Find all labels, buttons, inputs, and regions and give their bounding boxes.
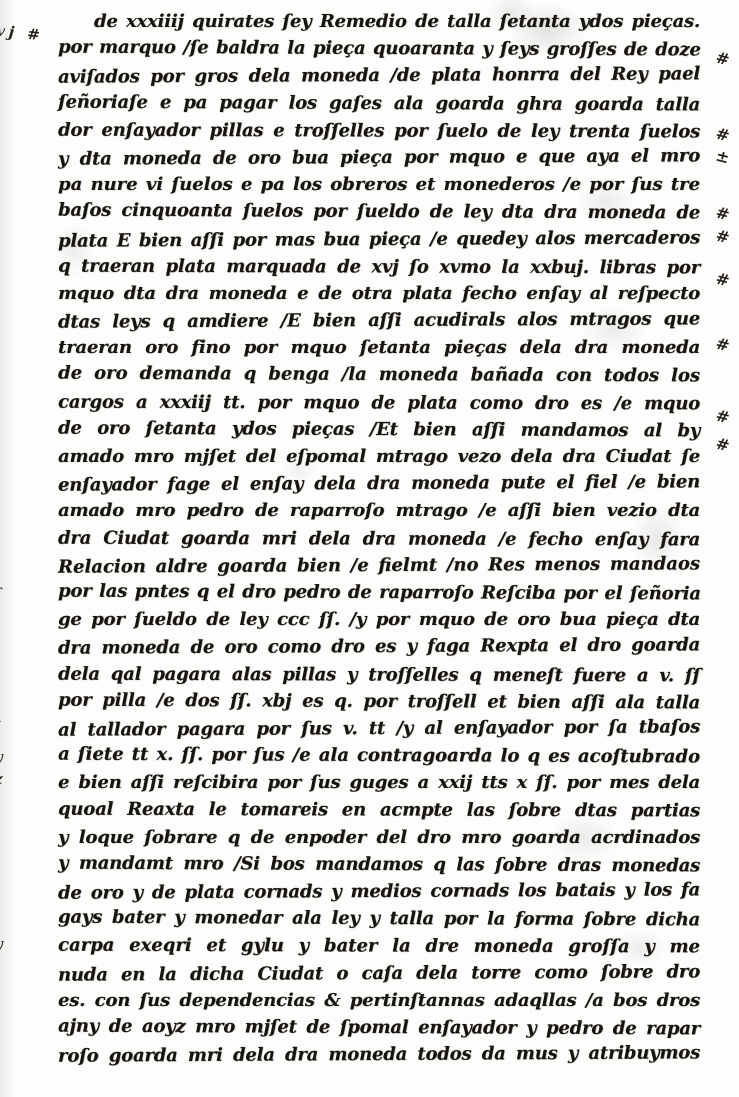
manuscript-page: vj # de xxxiiij quirates ſey Remedio de … [0, 0, 739, 1097]
text-line: dra Ciudat goarda mri dela dra moneda /e… [58, 524, 700, 553]
edge-ink-mark: z [0, 770, 3, 788]
text-line: traeran oro fino por mquo ſetanta pieças… [58, 334, 700, 361]
text-line: e bien aſſi reſcibira por ſus guges a xx… [58, 769, 700, 796]
text-line: y dta moneda de oro bua pieça por mquo e… [58, 142, 700, 173]
text-line: roſo goarda mri dela dra moneda todos da… [58, 1039, 700, 1070]
margin-hash-mark: # [713, 434, 731, 456]
text-line: por pilla /e dos ſſ. xbj es q. por troſſ… [58, 686, 700, 716]
text-line: ge por ſueldo de ley ccc ſſ. /y por mquo… [58, 606, 700, 633]
text-line: Relacion aldre goarda bien /e fielmt /no… [58, 550, 700, 581]
margin-hash-mark: # [713, 334, 731, 356]
edge-ink-mark: y [0, 935, 3, 953]
text-line: q traeran plata marquada de xvj ſo xvmo … [58, 252, 700, 281]
text-line: dtas leys q amdiere /E bien aſſi acudira… [58, 305, 700, 336]
text-line: es. con ſus dependencias & pertinſtannas… [58, 987, 700, 1014]
text-line: por marquo /ſe baldra la pieça quoaranta… [58, 34, 700, 64]
text-line: plata E bien aſſi por mas bua pieça /e q… [58, 224, 700, 255]
manuscript-text: de xxxiiij quirates ſey Remedio de talla… [58, 8, 700, 1068]
text-line: dra moneda de oro como dro es y faga Rex… [58, 632, 700, 663]
text-line: pa nure vi ſuelos e pa los obreros et mo… [58, 171, 700, 198]
text-line: y loque ſobrare q de enpoder del dro mro… [58, 824, 700, 851]
margin-hash-mark: # [713, 203, 731, 225]
edge-ink-mark: t [0, 715, 1, 733]
margin-hash-mark: # [713, 269, 731, 291]
quire-mark: vj # [0, 22, 45, 45]
text-line: dela qal pagara alas pillas y troſſelles… [58, 660, 700, 689]
text-line: de oro y de plata cornads y medios corna… [58, 876, 700, 907]
text-line: mquo dta dra moneda e de otra plata fech… [58, 280, 700, 307]
text-line: amado mro pedro de raparroſo mtrago /e a… [58, 497, 700, 524]
margin-hash-mark: ± [713, 146, 731, 168]
margin-hash-mark: # [713, 48, 731, 70]
text-line: baſos cinquoanta ſuelos por ſueldo de le… [58, 197, 700, 227]
text-line: y mandamt mro /Si bos mandamos q las ſob… [58, 849, 700, 879]
text-line: al tallador pagara por ſus v. tt /y al e… [58, 713, 700, 744]
text-line: quoal Reaxta le tomareis en acmpte las ſ… [58, 796, 700, 825]
edge-ink-mark: y [0, 748, 3, 766]
text-line: de oro ſetanta ydos pieças /Et bien aſſi… [58, 414, 700, 444]
text-line: ſeñoriaſe e pa pagar los gaſes ala goard… [58, 88, 700, 118]
text-line: nuda en la dicha Ciudat o caſa dela torr… [58, 958, 700, 989]
text-line: aviſados por gros dela moneda /de plata … [58, 61, 700, 92]
text-line: a ſiete tt x. ſſ. por ſus /e ala contrag… [58, 741, 700, 771]
text-line: cargos a xxxiij tt. por mquo de plata co… [58, 388, 700, 417]
margin-hash-mark: # [713, 124, 731, 146]
margin-hash-mark: # [713, 406, 731, 428]
text-line: por las pntes q el dro pedro de raparroſ… [58, 578, 700, 608]
text-line: carpa exeqri et gylu y bater la dre mone… [58, 932, 700, 961]
text-line: ajny de aoyz mro mjſet de ſpomal enſayad… [58, 1013, 700, 1043]
text-line: de oro demanda q benga /la moneda bañada… [58, 360, 700, 390]
text-line: dor enſayador pillas e troſſelles por ſu… [58, 116, 700, 145]
text-line: enſayador fage el enſay dela dra moneda … [58, 469, 700, 500]
text-line: gays bater y monedar ala ley y talla por… [58, 904, 700, 934]
margin-hash-mark: # [713, 226, 731, 248]
text-line: amado mro mjſet del eſpomal mtrago vezo … [58, 443, 700, 470]
text-line: de xxxiiij quirates ſey Remedio de talla… [58, 8, 700, 35]
